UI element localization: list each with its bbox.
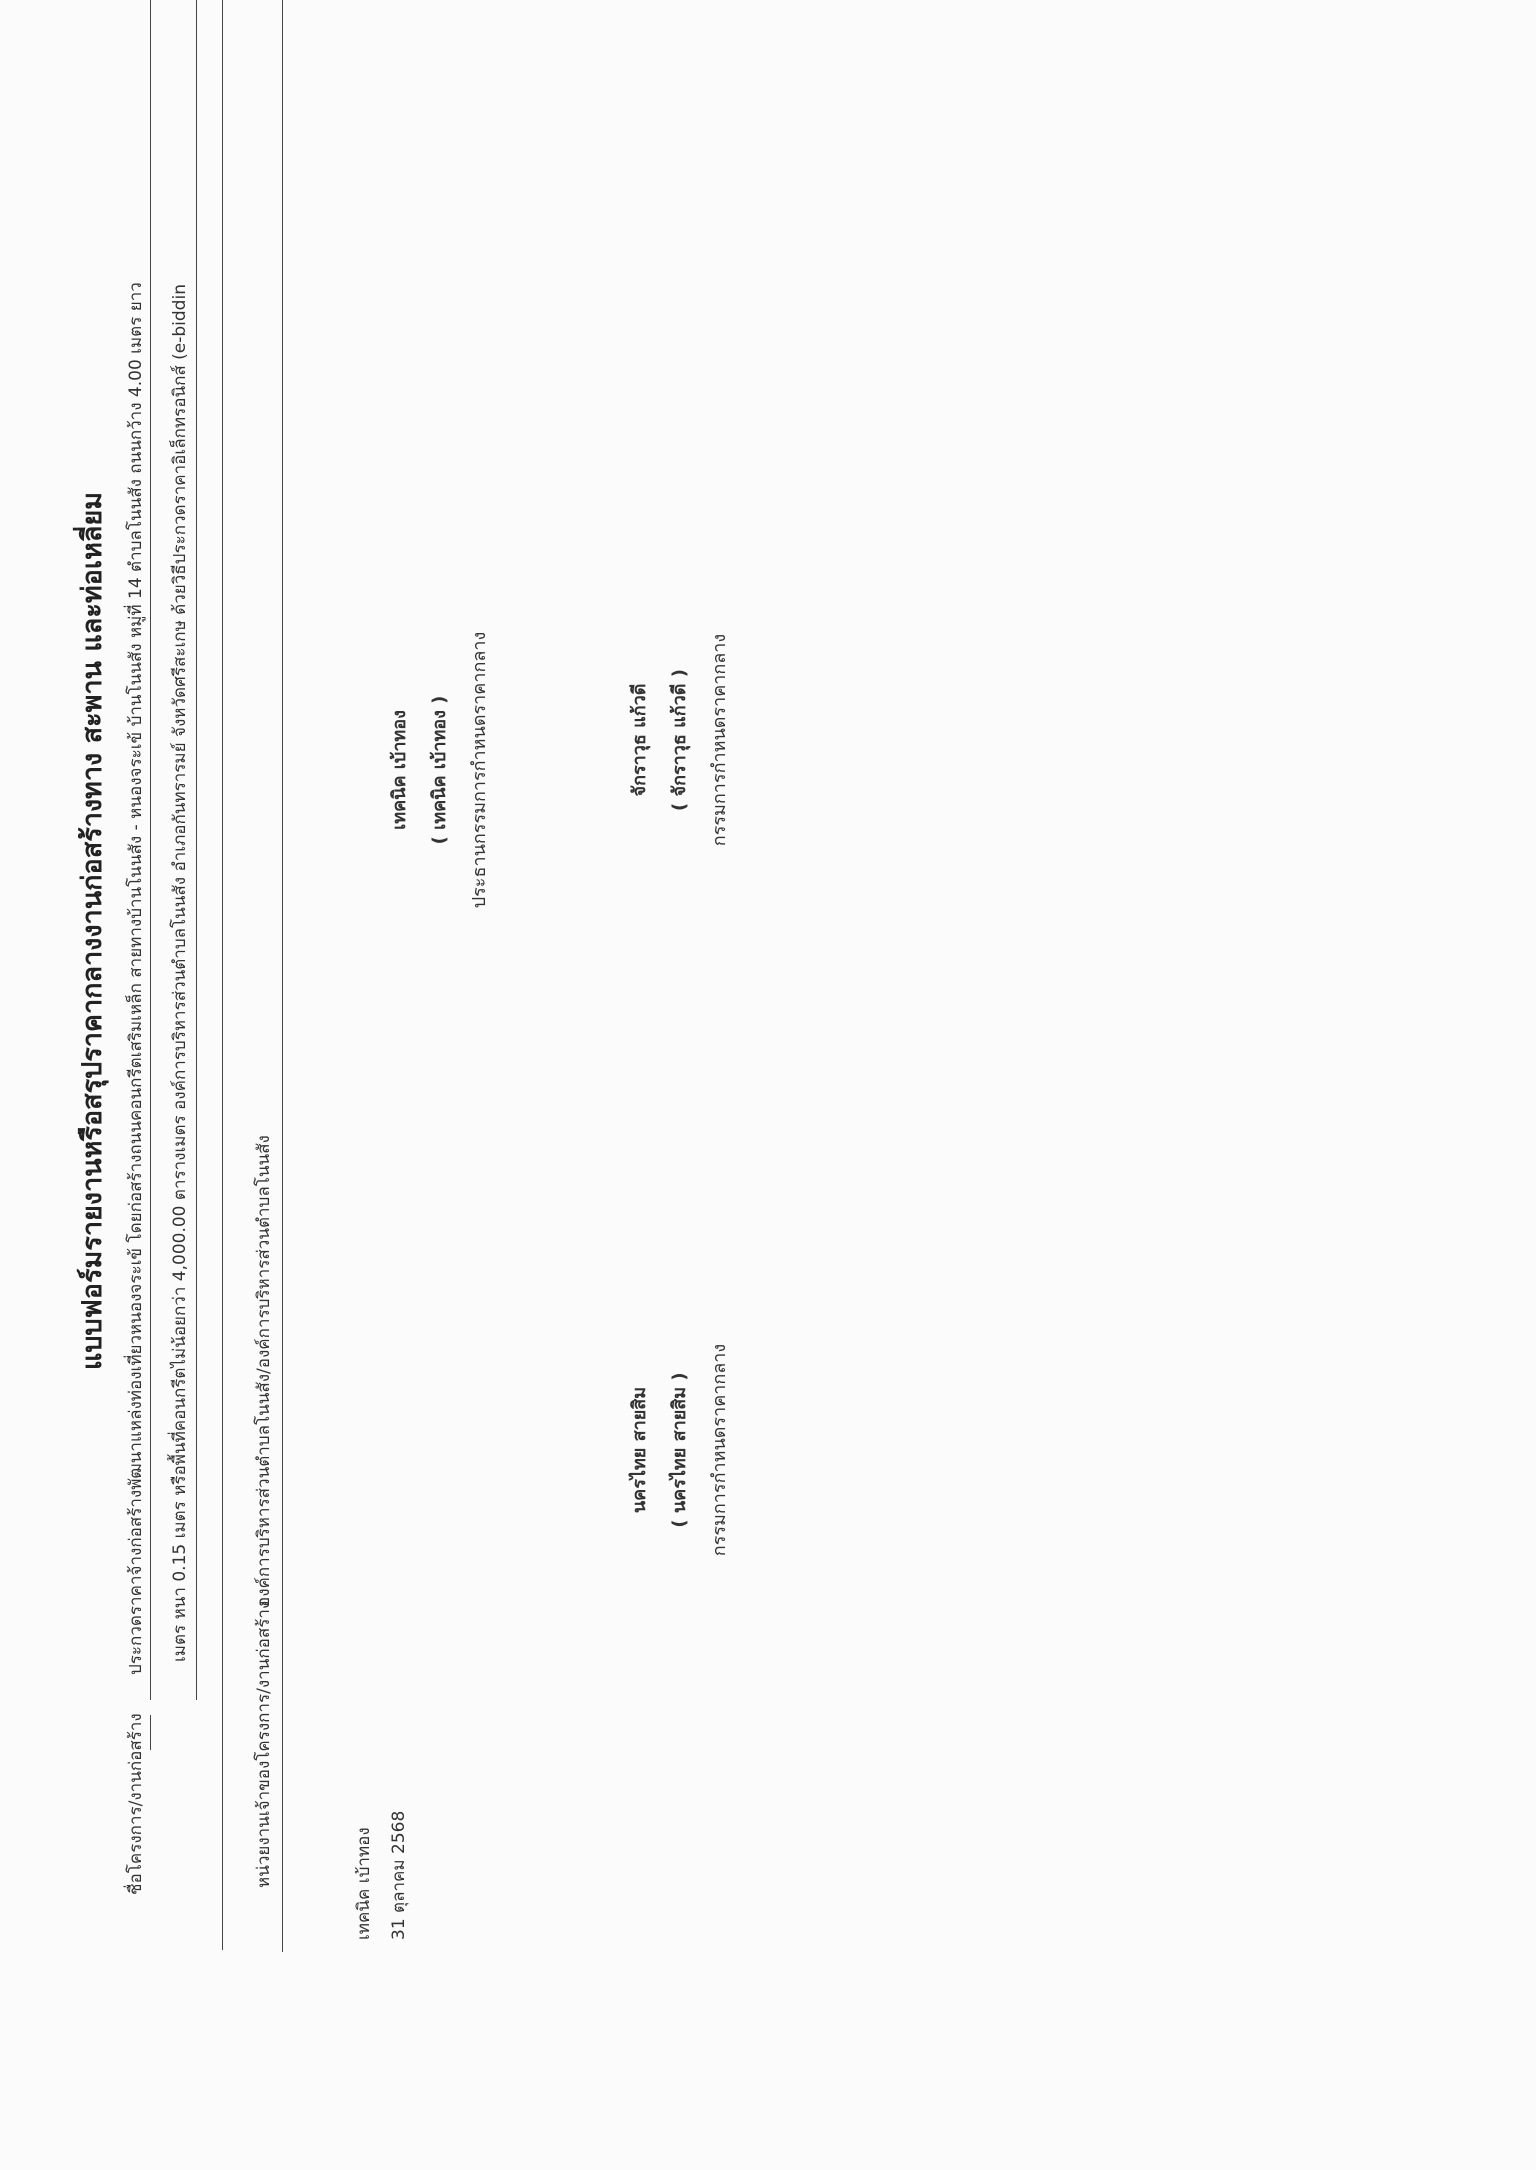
signature-name: จักราวุธ แก้วดี <box>620 540 660 940</box>
project-line-2: เมตร หนา 0.15 เมตร หรือพื้นที่คอนกรีตไม่… <box>166 284 193 1662</box>
agency-bottom-rule <box>282 0 283 1952</box>
signature-name-paren: ( เทคนิค เบ้าทอง ) <box>420 570 460 970</box>
project-line-1: ประกวดราคาจ้างก่อสร้างพัฒนาแหล่งท่องเที่… <box>122 282 149 1675</box>
document-page: แบบฟอร์มรายงานหรือสรุปราคากลางงานก่อสร้า… <box>0 0 1536 2170</box>
project-line-2-rule <box>196 0 197 1700</box>
signature-role: กรรมการกำหนดราคากลาง <box>700 540 740 940</box>
signature-name: เทคนิค เบ้าทอง <box>380 570 420 970</box>
signature-member-1: นครไทย สายสิม ( นครไทย สายสิม ) กรรมการก… <box>620 1250 740 1650</box>
signature-name-paren: ( นครไทย สายสิม ) <box>660 1250 700 1650</box>
project-label: ชื่อโครงการ/งานก่อสร้าง <box>122 1713 149 1895</box>
signature-chairman: เทคนิค เบ้าทอง ( เทคนิค เบ้าทอง ) ประธาน… <box>380 570 500 970</box>
project-line-1-rule <box>150 0 151 1700</box>
footer-preparer: เทคนิค เบ้าทอง <box>350 1827 377 1940</box>
agency-value: องค์การบริหารส่วนตำบลโนนสัง/องค์การบริหา… <box>250 1135 277 1607</box>
project-label-rule <box>150 1715 151 1750</box>
agency-top-rule <box>222 0 223 1950</box>
footer-date: 31 ตุลาคม 2568 <box>385 1811 412 1940</box>
signature-name-paren: ( จักราวุธ แก้วดี ) <box>660 540 700 940</box>
signature-member-2: จักราวุธ แก้วดี ( จักราวุธ แก้วดี ) กรรม… <box>620 540 740 940</box>
document-title: แบบฟอร์มรายงานหรือสรุปราคากลางงานก่อสร้า… <box>70 492 113 1370</box>
agency-label: หน่วยงานเจ้าของโครงการ/งานก่อสร้าง <box>250 1601 277 1888</box>
signature-role: ประธานกรรมการกำหนดราคากลาง <box>460 570 500 970</box>
signature-role: กรรมการกำหนดราคากลาง <box>700 1250 740 1650</box>
signature-name: นครไทย สายสิม <box>620 1250 660 1650</box>
